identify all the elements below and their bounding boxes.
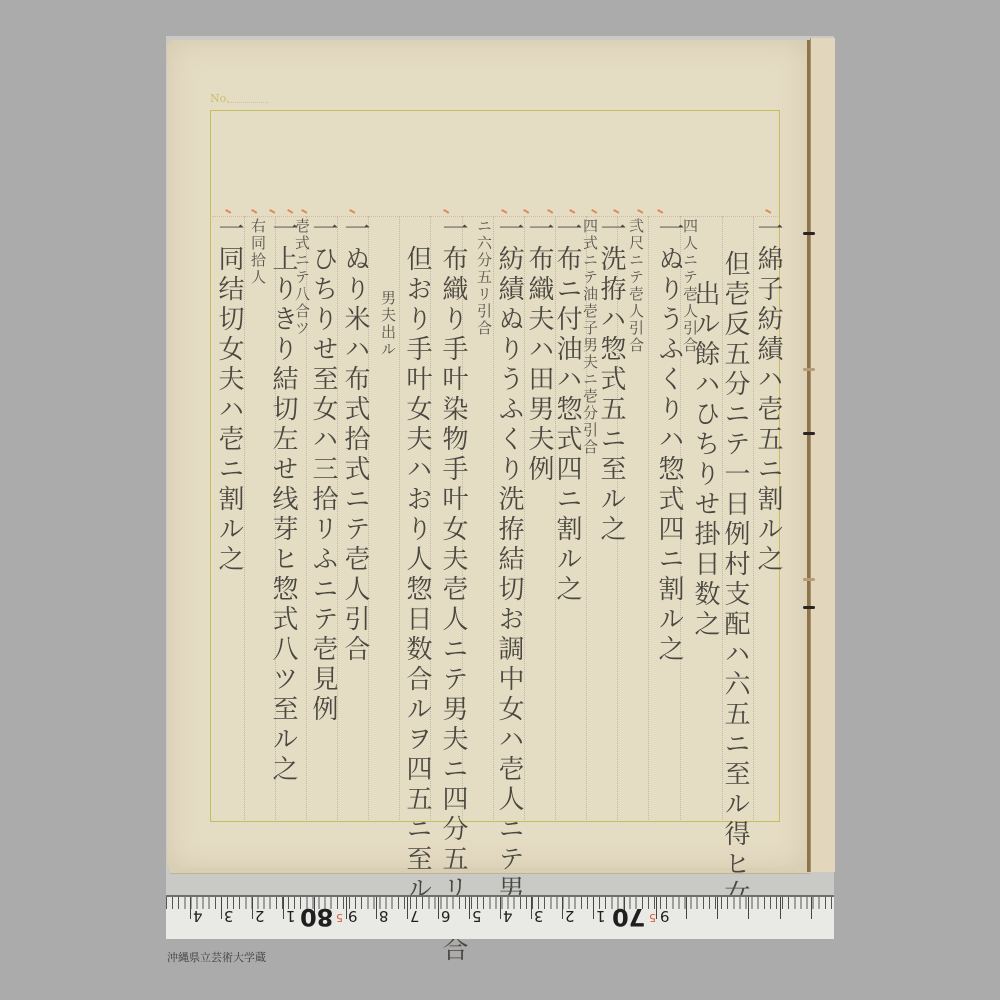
number-field-line [228,102,268,103]
text-column: 一布織夫ハ田男夫例 [526,215,552,485]
ruler-label: 4 [503,907,513,925]
number-label: No. [210,92,230,105]
ruler-label: 9 [348,907,358,925]
binding-stitch-icon [803,368,815,371]
text-column: 一ひちりせ至女ハ三拾リふニテ壱見例 [310,215,336,725]
ruler-label: 6 [441,907,451,925]
text-annotation: 四人ニテ壱人引合 [682,218,697,354]
page-bottom-edge [170,868,810,874]
ruler-label: 3 [534,907,544,925]
text-column: 一ぬり米ハ布式拾式ニテ壱人引合 [342,215,368,665]
ruled-line [648,216,649,820]
text-column: 一上りきり結切左せ线芽ヒ惣式八ツ至ル之 [270,215,296,785]
text-column: 一洗拵ハ惣式五ニ至ル之 [598,215,624,545]
text-column: 一布織り手叶染物手叶女夫壱人ニテ男夫ニ四分五リ引合 [440,215,466,965]
text-annotation: 男夫出ル [380,290,395,358]
ruler-label: 9 [660,907,670,925]
text-annotation: 右同拾人 [250,218,265,286]
binding-spine [807,40,810,872]
facing-page-edge [810,38,835,872]
collection-caption: 沖縄県立芸術大学蔵 [167,949,266,965]
ruler-label: 4 [193,907,203,925]
text-column: 一綿子紡績ハ壱五ニ割ル之 [755,215,781,575]
text-column: 但おり手叶女夫ハおり人惣日数合ルヲ四五ニ至ルヒ [404,245,430,935]
measuring-ruler: 4 3 2 1 80 5 9 8 7 6 5 4 3 2 1 70 5 9 [166,895,834,939]
binding-stitch-icon [803,578,815,581]
ruler-label: 5 [472,907,482,925]
ruler-label: 1 [596,907,606,925]
ruler-label: 2 [565,907,575,925]
text-column: 但壱反五分ニテ一日例村支配ハ六五ニ至ル得ヒ女夫 [722,250,748,940]
ruler-label: 2 [255,907,265,925]
text-column: 一ぬりうふくりハ惣式四ニ割ル之 [656,215,682,665]
text-column: 一布ニ付油ハ惣式四ニ割ル之 [554,215,580,605]
ruler-label: 1 [286,907,296,925]
text-annotation: ニ六分五リ引合 [476,218,491,337]
binding-stitch-icon [803,432,815,435]
ruler-label: 5 [336,911,343,924]
text-column: 一同结切女夫ハ壱ニ割ル之 [216,215,242,575]
text-annotation: 四式ニテ油壱子男夫ニ壱分引合 [582,218,597,456]
ruled-line [244,216,245,820]
ruler-label: 5 [649,911,656,924]
ruled-line [399,216,400,820]
ruler-label: 3 [224,907,234,925]
binding-stitch-icon [803,232,815,235]
ruler-label: 70 [612,903,645,931]
text-column: 一紡績ぬりうふくり洗拵結切お調中女ハ壱人ニテ男夫 [496,215,522,935]
binding-stitch-icon [803,606,815,609]
text-annotation: 弐尺ニテ壱人引合 [628,218,643,354]
ruler-label: 7 [410,907,420,925]
ruler-label: 8 [379,907,389,925]
ruler-label: 80 [300,903,333,931]
